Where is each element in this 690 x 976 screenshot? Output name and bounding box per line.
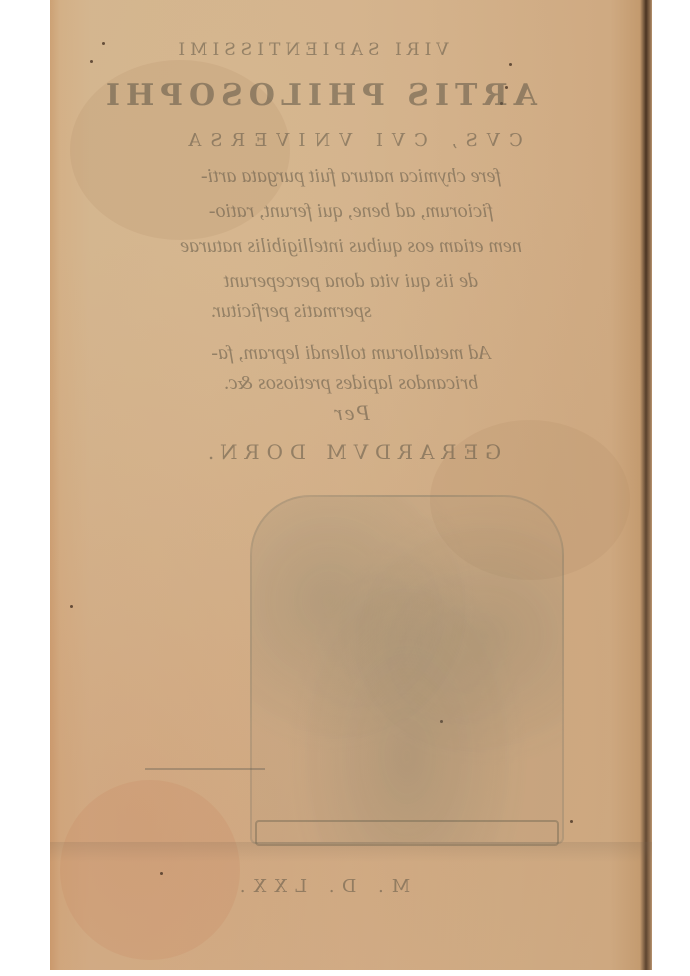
body-line-7: bricandos lapides pretiosos &c.: [50, 372, 652, 395]
body-line-3: nem etiam eos quibus intelligibilis natu…: [50, 235, 652, 258]
body-line-1: fere chymica natura fuit purgata arti-: [50, 165, 652, 188]
book-page: VIRI SAPIENTISSIMI ARTIS PHILOSOPHI CVS,…: [50, 0, 652, 970]
body-line-5: spermatis perficitur.: [50, 300, 652, 323]
title-line-2: ARTIS PHILOSOPHI: [50, 78, 652, 113]
bleed-through-text: VIRI SAPIENTISSIMI ARTIS PHILOSOPHI CVS,…: [50, 0, 652, 970]
body-line-6: Ad metallorum tollendi lepram, fa-: [50, 342, 652, 365]
imprint-year: M. D. LXX.: [50, 876, 652, 897]
body-line-4: de iis qui vita dona perceperunt: [50, 270, 652, 293]
per-line: Per: [50, 400, 652, 426]
author-line: GERARDVM DORN.: [50, 440, 652, 464]
body-line-2: ficiorum, ad bene, qui ferunt, ratio-: [50, 200, 652, 223]
title-line-1: VIRI SAPIENTISSIMI: [50, 40, 652, 60]
title-line-3: CVS, CVI VNIVERSA: [50, 130, 652, 151]
